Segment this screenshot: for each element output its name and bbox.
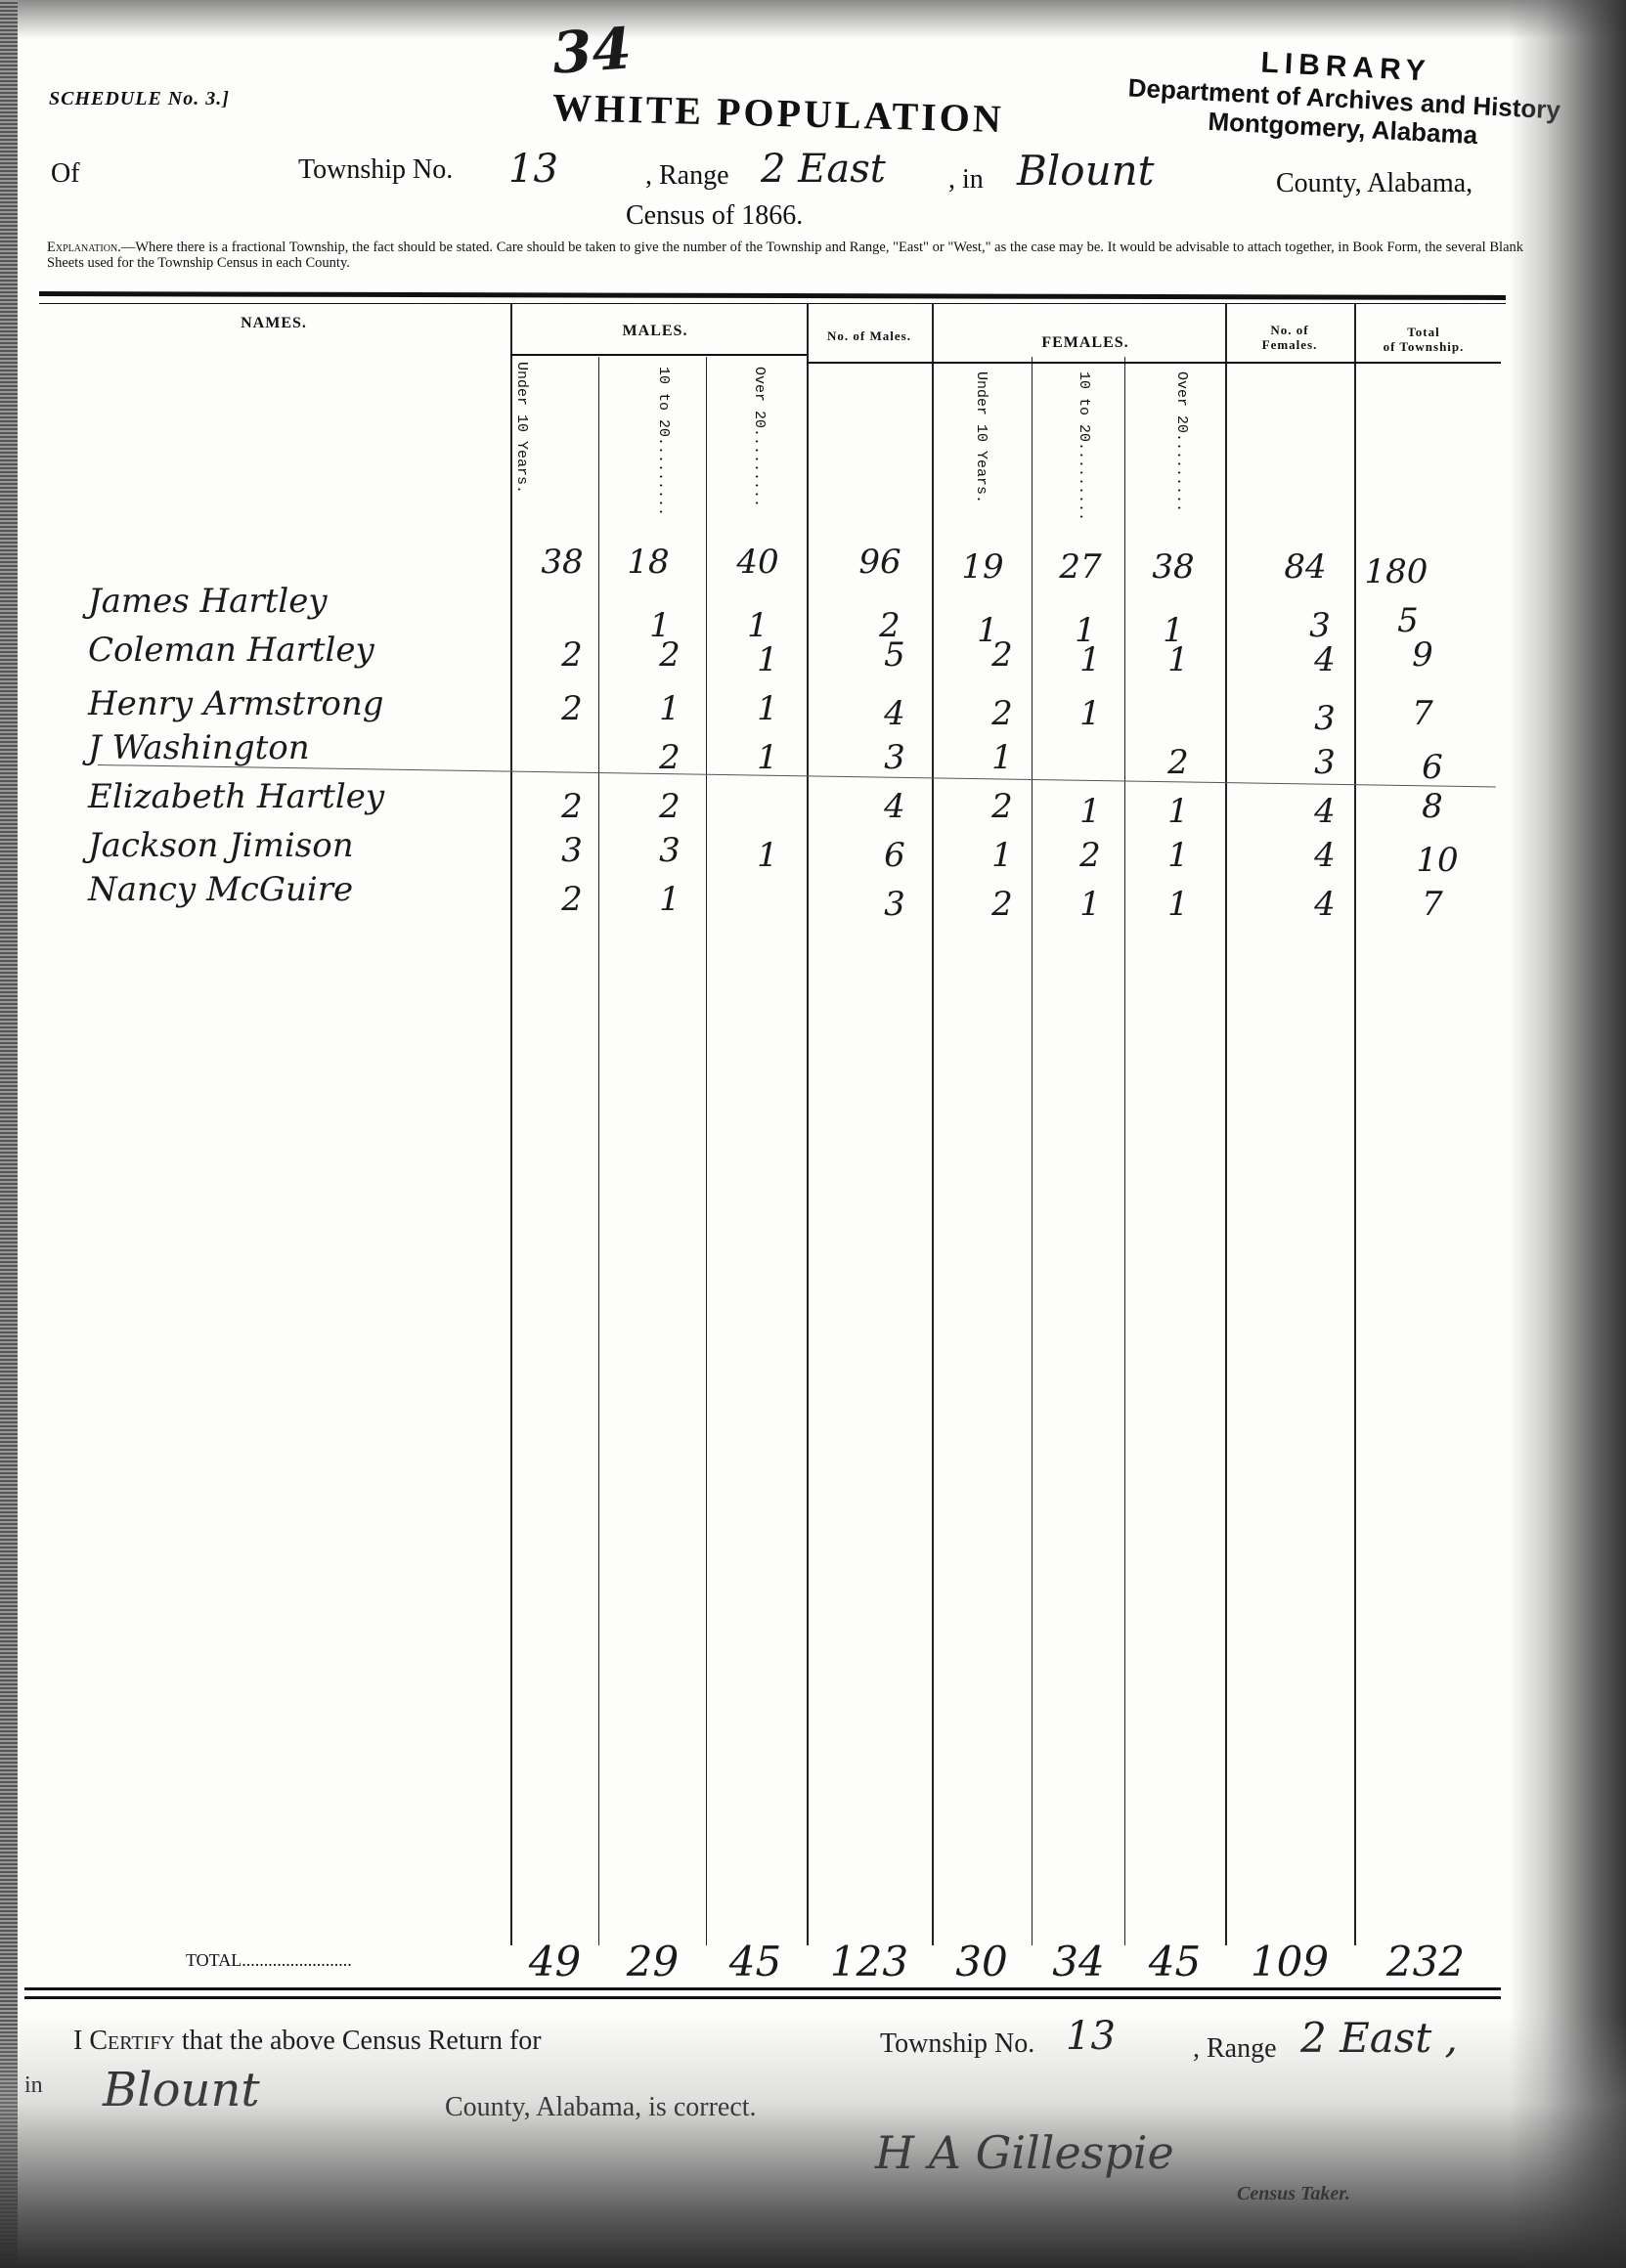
- total-of-township: 232: [1357, 1938, 1494, 1985]
- total-females-under10: 30: [935, 1938, 1029, 1985]
- scan-edge-right: [1509, 0, 1626, 2268]
- row-no-of-males: 3: [870, 885, 919, 924]
- total-males-10to20: 29: [601, 1938, 704, 1985]
- col-header-total-line2: of Township.: [1355, 339, 1492, 354]
- col-header-no-of-females-line1: No. of: [1226, 323, 1353, 337]
- col-header-no-of-females-line2: Females.: [1226, 337, 1353, 352]
- row-males-10to20: 2: [645, 635, 694, 675]
- row-females-over20: 2: [1154, 743, 1203, 782]
- table-top-rule: [39, 291, 1506, 300]
- row-females-over20: 1: [1154, 885, 1203, 924]
- column-divider: [807, 303, 809, 1945]
- row-females-over20: 1: [1154, 836, 1203, 875]
- col-header-females-10to20: 10 to 20.........: [1076, 371, 1092, 521]
- column-divider: [706, 357, 707, 1945]
- range-label: , Range: [645, 160, 729, 192]
- row-total: 10: [1408, 841, 1467, 880]
- row-no-of-females: 3: [1300, 699, 1349, 738]
- cf-males-under10: 38: [528, 543, 596, 582]
- scan-edge-left: [0, 0, 18, 2268]
- row-no-of-males: 5: [870, 635, 919, 675]
- row-males-under10: 3: [548, 831, 596, 870]
- males-subheader-rule: [510, 354, 807, 356]
- col-header-females: FEMALES.: [988, 334, 1183, 352]
- total-females-over20: 45: [1127, 1938, 1222, 1985]
- row-females-10to20: 2: [1066, 836, 1115, 875]
- scan-edge-bottom: [0, 2014, 1626, 2268]
- row-name: Jackson Jimison: [88, 826, 354, 865]
- row-no-of-males: 4: [870, 694, 919, 733]
- row-males-10to20: 1: [645, 689, 694, 728]
- total-label: TOTAL.........................: [186, 1950, 352, 1971]
- row-no-of-males: 4: [870, 787, 919, 826]
- explanation: Explanation.—Where there is a fractional…: [47, 240, 1523, 271]
- row-males-under10: 2: [548, 635, 596, 675]
- explanation-text: —Where there is a fractional Township, t…: [47, 240, 1523, 271]
- in-label: , in: [948, 164, 984, 196]
- row-males-over20: 1: [743, 836, 792, 875]
- row-males-under10: 2: [548, 689, 596, 728]
- col-header-total: Total of Township.: [1355, 325, 1492, 354]
- column-divider: [1225, 303, 1227, 1945]
- col-header-males-10to20: 10 to 20.........: [655, 367, 672, 516]
- row-total: 8: [1408, 787, 1457, 826]
- row-males-over20: 1: [724, 606, 792, 645]
- total-males-over20: 45: [709, 1938, 802, 1985]
- column-divider: [510, 303, 512, 1945]
- row-males-10to20: 3: [645, 831, 694, 870]
- row-no-of-females: 4: [1300, 640, 1349, 679]
- row-no-of-females: 4: [1300, 885, 1349, 924]
- cf-females-over20: 38: [1129, 547, 1217, 587]
- total-males-under10: 49: [513, 1938, 596, 1985]
- row-no-of-females: 3: [1300, 743, 1349, 782]
- totals-rule: [24, 1987, 1501, 1990]
- column-divider: [598, 357, 599, 1945]
- county-label: County, Alabama,: [1276, 168, 1472, 199]
- total-females-10to20: 34: [1034, 1938, 1122, 1985]
- row-name: Coleman Hartley: [88, 631, 374, 670]
- table-top-rule-thin: [39, 303, 1506, 304]
- row-name: Elizabeth Hartley: [88, 777, 384, 816]
- row-total: 6: [1408, 748, 1457, 787]
- row-males-over20: 1: [743, 640, 792, 679]
- row-no-of-males: 6: [870, 836, 919, 875]
- col-header-males-under10: Under 10 Years.: [513, 362, 530, 494]
- row-total: 7: [1408, 885, 1457, 924]
- row-females-over20: 1: [1154, 640, 1203, 679]
- row-no-of-females: 4: [1300, 836, 1349, 875]
- totals-rule-2: [24, 1996, 1501, 1999]
- header-bottom-rule: [807, 362, 1501, 364]
- row-total: 5: [1379, 601, 1437, 640]
- column-divider: [1124, 357, 1125, 1945]
- schedule-number: SCHEDULE No. 3.]: [49, 88, 230, 110]
- col-header-no-of-males: No. of Males.: [808, 328, 931, 344]
- cf-males-10to20: 18: [604, 543, 692, 582]
- column-divider: [932, 303, 934, 1945]
- of-label: Of: [51, 158, 80, 190]
- row-no-of-females: 4: [1300, 792, 1349, 831]
- row-females-under10: 2: [978, 885, 1027, 924]
- row-females-10to20: 1: [1066, 792, 1115, 831]
- row-females-10to20: 1: [1066, 640, 1115, 679]
- row-females-under10: 1: [978, 836, 1027, 875]
- row-no-of-males: 3: [870, 738, 919, 777]
- cf-males-over20: 40: [714, 543, 802, 582]
- row-males-10to20: 1: [645, 880, 694, 919]
- range-value: 2 East: [761, 147, 886, 192]
- col-header-males: MALES.: [567, 323, 743, 340]
- row-no-of-females: 3: [1291, 606, 1349, 645]
- row-males-under10: 2: [548, 787, 596, 826]
- row-females-under10: 2: [978, 635, 1027, 675]
- col-header-females-over20: Over 20.........: [1173, 371, 1190, 512]
- col-header-males-over20: Over 20.........: [751, 367, 768, 507]
- col-header-females-under10: Under 10 Years.: [973, 371, 989, 503]
- row-name: J Washington: [88, 728, 310, 767]
- row-females-10to20: 1: [1066, 885, 1115, 924]
- cf-total: 180: [1357, 552, 1435, 591]
- row-females-under10: 1: [978, 738, 1027, 777]
- row-males-10to20: 2: [645, 738, 694, 777]
- col-header-names: NAMES.: [176, 315, 372, 332]
- total-no-of-females: 109: [1228, 1938, 1351, 1985]
- row-males-under10: 2: [548, 880, 596, 919]
- row-males-over20: 1: [743, 689, 792, 728]
- census-year: Census of 1866.: [626, 200, 803, 232]
- col-header-no-of-females: No. of Females.: [1226, 323, 1353, 352]
- row-total: 9: [1398, 635, 1447, 675]
- row-name: Henry Armstrong: [88, 684, 383, 723]
- row-females-under10: 2: [978, 787, 1027, 826]
- document-title: WHITE POPULATION: [551, 84, 1004, 142]
- row-total: 7: [1398, 694, 1447, 733]
- township-label: Township No.: [298, 154, 453, 186]
- cf-no-of-males: 96: [841, 543, 919, 582]
- row-name: Nancy McGuire: [88, 870, 353, 909]
- county-value: Blount: [1017, 147, 1155, 195]
- col-header-total-line1: Total: [1355, 325, 1492, 339]
- row-name: James Hartley: [88, 582, 328, 621]
- row-females-over20: 1: [1154, 792, 1203, 831]
- explanation-lead: Explanation.: [47, 240, 121, 255]
- row-females-under10: 2: [978, 694, 1027, 733]
- row-females-10to20: 1: [1066, 694, 1115, 733]
- cf-females-under10: 19: [939, 547, 1027, 587]
- column-divider: [1032, 357, 1033, 1945]
- row-males-10to20: 2: [645, 787, 694, 826]
- total-no-of-males: 123: [810, 1938, 929, 1985]
- scan-edge-top: [0, 0, 1626, 39]
- cf-females-10to20: 27: [1036, 547, 1124, 587]
- column-divider: [1354, 303, 1356, 1945]
- cf-no-of-females: 84: [1261, 547, 1349, 587]
- township-value: 13: [508, 147, 558, 192]
- row-males-over20: 1: [743, 738, 792, 777]
- page-number: 34: [550, 15, 634, 86]
